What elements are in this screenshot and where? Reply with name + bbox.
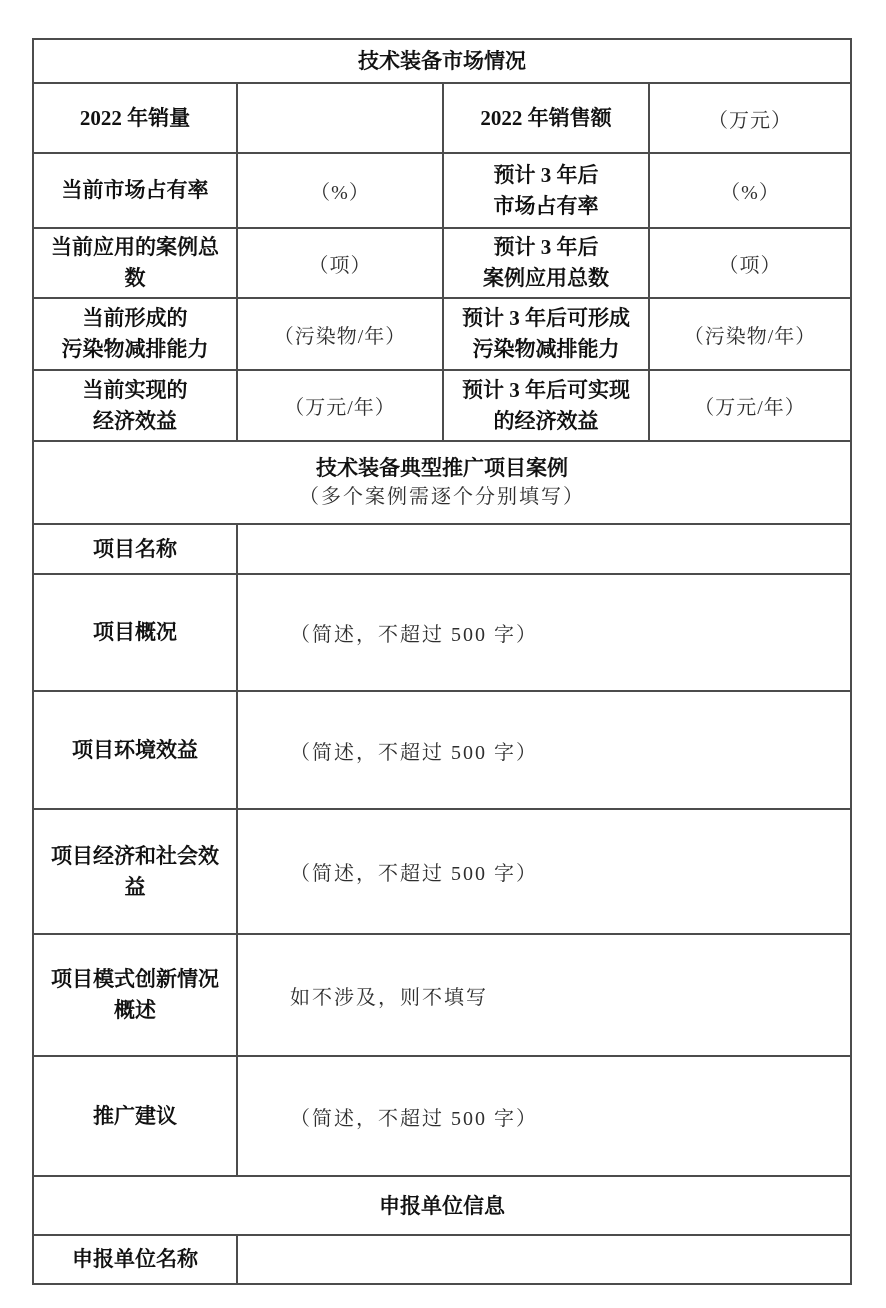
label-project-econ-social-benefit: 项目经济和社会效 益	[33, 809, 237, 934]
label-project-model-innovation: 项目模式创新情况 概述	[33, 934, 237, 1056]
applicant-section-header: 申报单位信息	[33, 1176, 851, 1235]
unit-current-market-share: （%）	[237, 153, 443, 228]
label-projected-case-count: 预计 3 年后 案例应用总数	[443, 228, 649, 298]
hint-promotion-suggestion: （简述，不超过 500 字）	[237, 1056, 851, 1176]
hint-project-env-benefit: （简述，不超过 500 字）	[237, 691, 851, 809]
unit-current-case-count: （项）	[237, 228, 443, 298]
value-project-name	[237, 524, 851, 574]
unit-projected-case-count: （项）	[649, 228, 851, 298]
label-promotion-suggestion: 推广建议	[33, 1056, 237, 1176]
unit-current-emission-reduction: （污染物/年）	[237, 298, 443, 370]
unit-sales-amount-2022: （万元）	[649, 83, 851, 153]
hint-project-model-innovation: 如不涉及，则不填写	[237, 934, 851, 1056]
hint-project-econ-social-benefit: （简述，不超过 500 字）	[237, 809, 851, 934]
case-section-subtitle: （多个案例需逐个分别填写）	[34, 483, 850, 512]
label-current-market-share: 当前市场占有率	[33, 153, 237, 228]
market-section-title: 技术装备市场情况	[34, 46, 850, 76]
case-section-title: 技术装备典型推广项目案例	[34, 453, 850, 483]
market-section-header: 技术装备市场情况	[33, 39, 851, 83]
form-table: 技术装备市场情况 2022 年销量 2022 年销售额 （万元） 当前市场占有率…	[32, 38, 852, 1285]
label-project-env-benefit: 项目环境效益	[33, 691, 237, 809]
label-project-name: 项目名称	[33, 524, 237, 574]
label-current-emission-reduction: 当前形成的 污染物减排能力	[33, 298, 237, 370]
value-applicant-name	[237, 1235, 851, 1284]
label-projected-emission-reduction: 预计 3 年后可形成 污染物减排能力	[443, 298, 649, 370]
label-sales-amount-2022: 2022 年销售额	[443, 83, 649, 153]
label-current-economic-benefit: 当前实现的 经济效益	[33, 370, 237, 441]
label-projected-market-share: 预计 3 年后 市场占有率	[443, 153, 649, 228]
value-sales-volume-2022	[237, 83, 443, 153]
unit-projected-market-share: （%）	[649, 153, 851, 228]
label-project-overview: 项目概况	[33, 574, 237, 691]
label-projected-economic-benefit: 预计 3 年后可实现 的经济效益	[443, 370, 649, 441]
unit-projected-emission-reduction: （污染物/年）	[649, 298, 851, 370]
case-section-header: 技术装备典型推广项目案例 （多个案例需逐个分别填写）	[33, 441, 851, 524]
applicant-section-title: 申报单位信息	[34, 1191, 850, 1221]
label-sales-volume-2022: 2022 年销量	[33, 83, 237, 153]
form-page: 技术装备市场情况 2022 年销量 2022 年销售额 （万元） 当前市场占有率…	[0, 0, 886, 1308]
label-current-case-count: 当前应用的案例总 数	[33, 228, 237, 298]
hint-project-overview: （简述，不超过 500 字）	[237, 574, 851, 691]
unit-current-economic-benefit: （万元/年）	[237, 370, 443, 441]
unit-projected-economic-benefit: （万元/年）	[649, 370, 851, 441]
label-applicant-name: 申报单位名称	[33, 1235, 237, 1284]
